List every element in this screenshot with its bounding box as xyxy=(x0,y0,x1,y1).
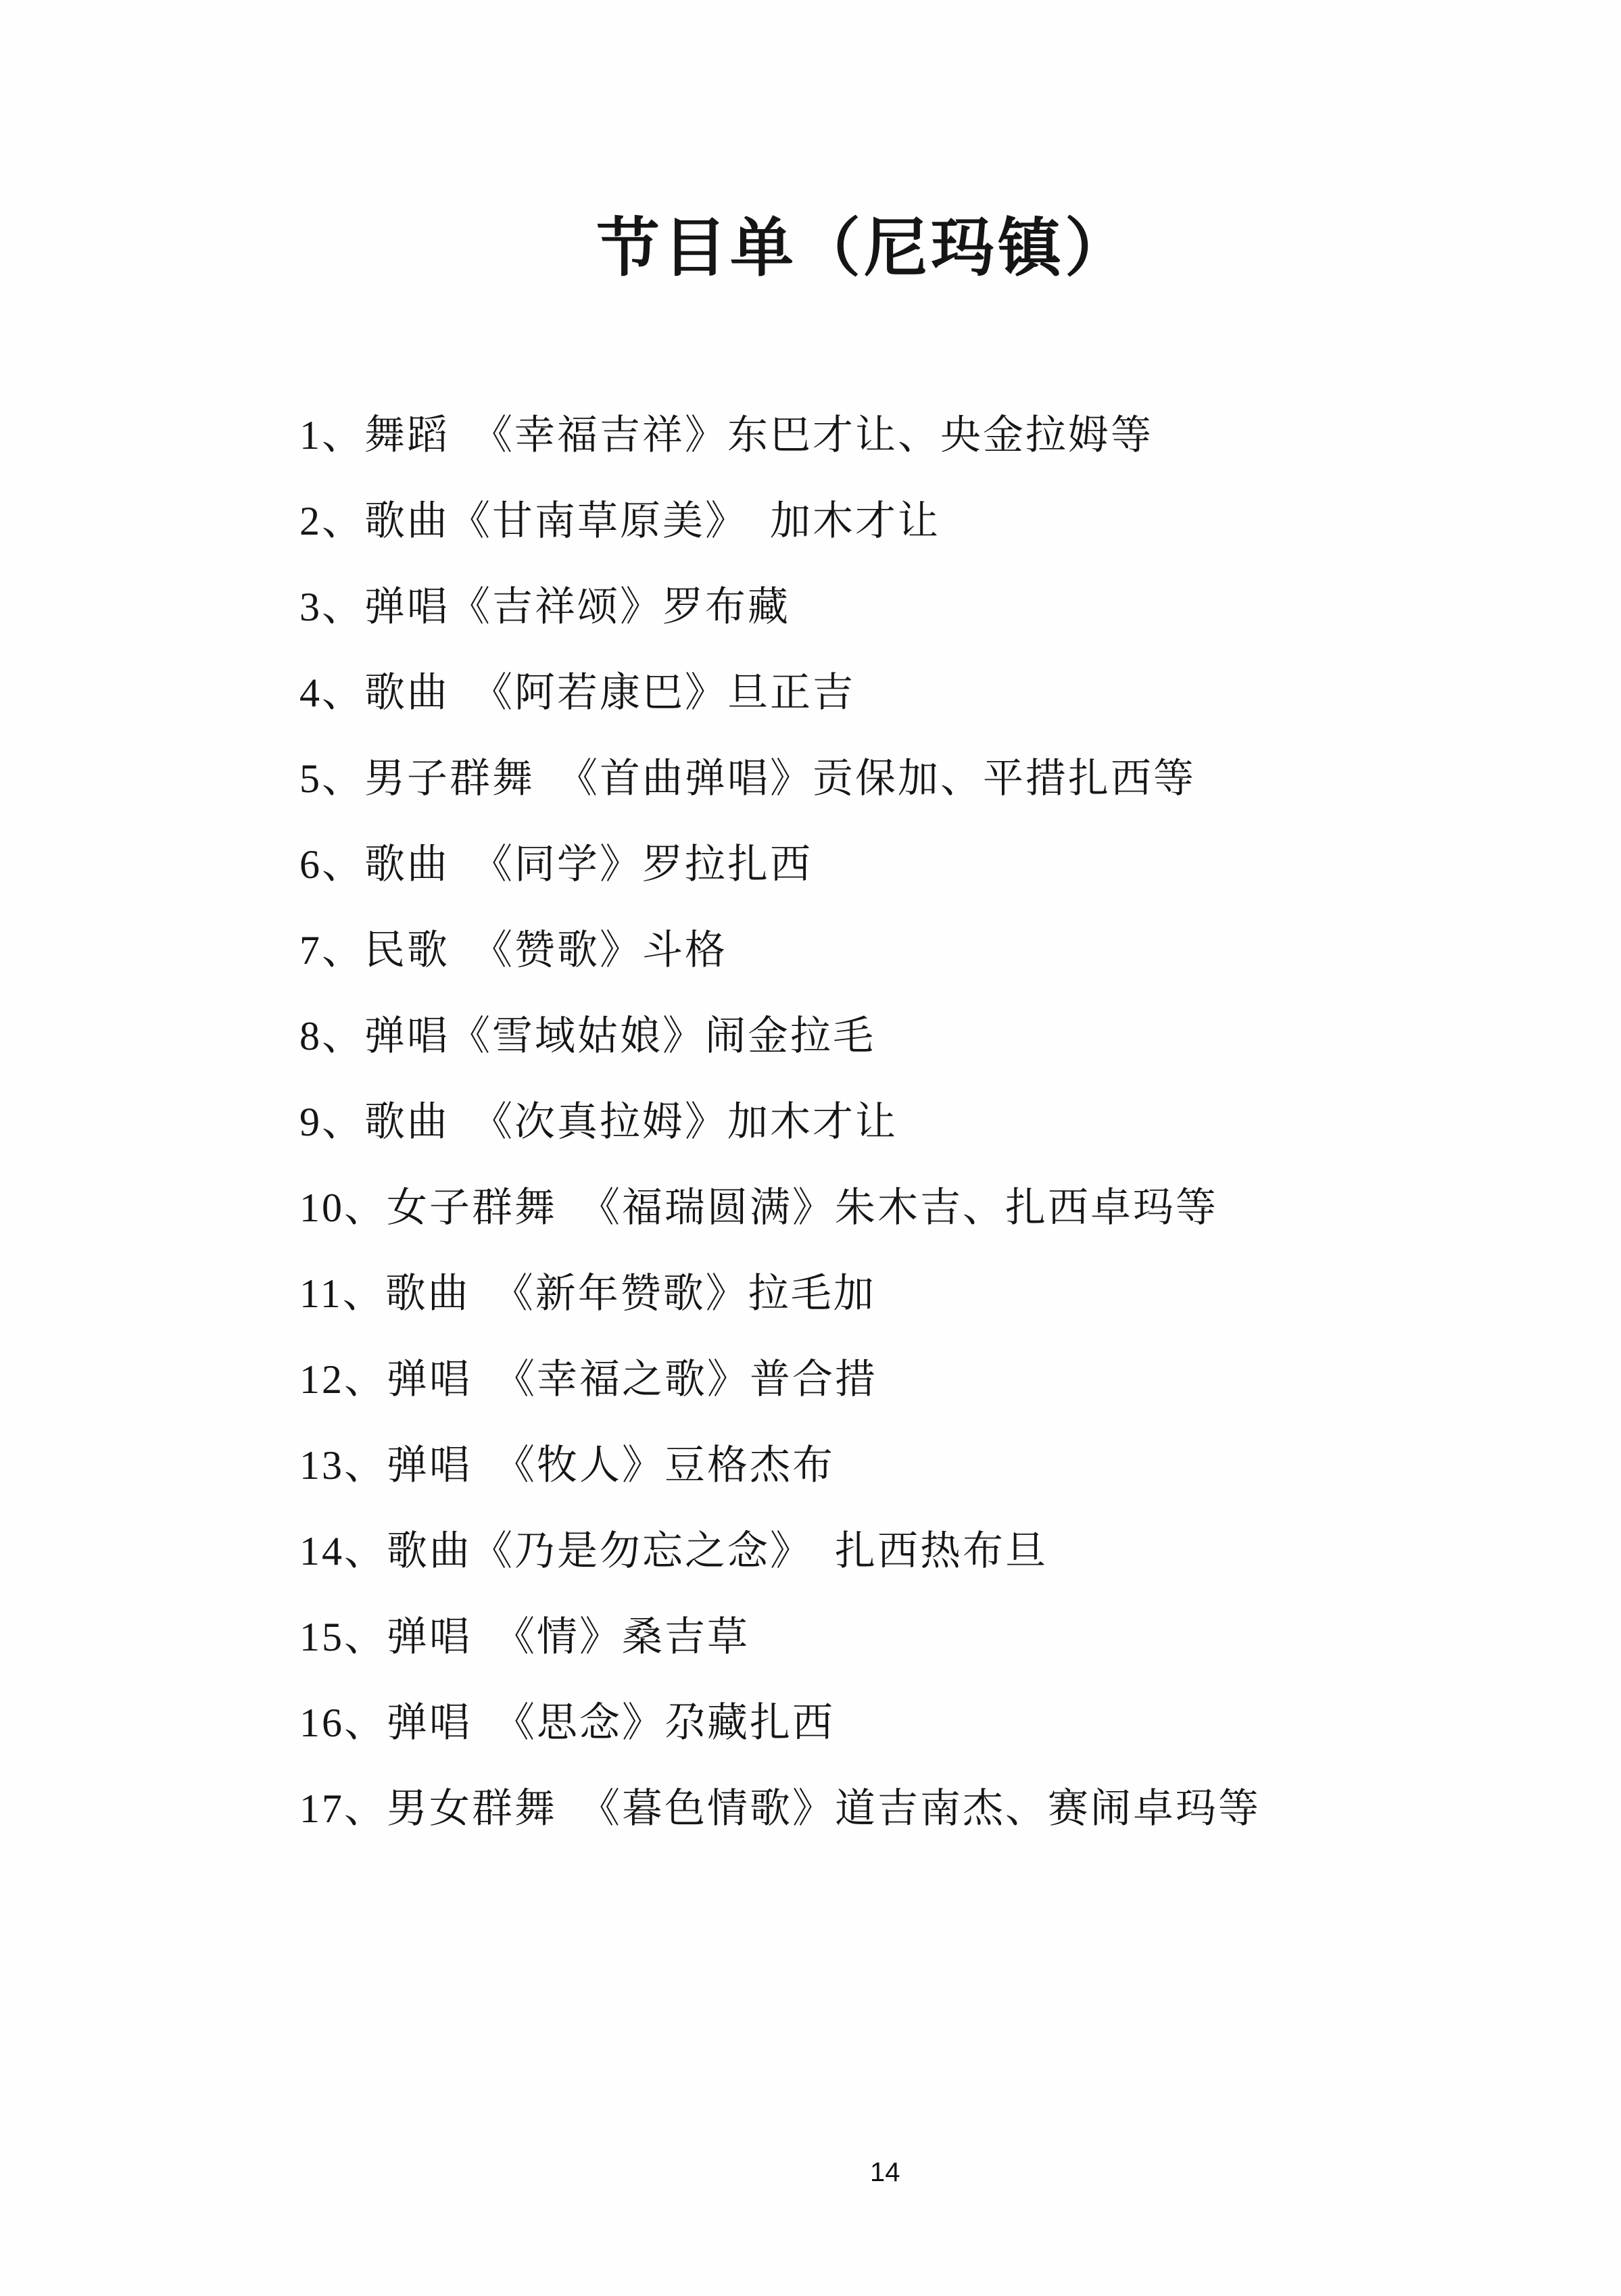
list-item: 14、歌曲《乃是勿忘之念》 扎西热布旦 xyxy=(299,1530,1553,1573)
list-item: 7、民歌 《赞歌》斗格 xyxy=(299,929,1553,972)
list-item: 6、歌曲 《同学》罗拉扎西 xyxy=(299,843,1553,886)
list-item: 9、歌曲 《次真拉姆》加木才让 xyxy=(299,1100,1553,1144)
list-item: 15、弹唱 《情》桑吉草 xyxy=(299,1615,1553,1659)
list-item: 13、弹唱 《牧人》豆格杰布 xyxy=(299,1444,1553,1487)
list-item: 17、男女群舞 《暮色情歌》道吉南杰、赛闹卓玛等 xyxy=(299,1787,1553,1830)
list-item: 8、弹唱《雪域姑娘》闹金拉毛 xyxy=(299,1015,1553,1058)
list-item: 16、弹唱 《思念》尕藏扎西 xyxy=(299,1701,1553,1744)
document-page: 节目单（尼玛镇） 1、舞蹈 《幸福吉祥》东巴才让、央金拉姆等2、歌曲《甘南草原美… xyxy=(0,0,1621,2296)
page-number: 14 xyxy=(870,2157,900,2187)
list-item: 4、歌曲 《阿若康巴》旦正吉 xyxy=(299,671,1553,714)
list-item: 10、女子群舞 《福瑞圆满》朱木吉、扎西卓玛等 xyxy=(299,1186,1553,1229)
list-item: 12、弹唱 《幸福之歌》普合措 xyxy=(299,1358,1553,1401)
list-item: 2、歌曲《甘南草原美》 加木才让 xyxy=(299,499,1553,543)
list-item: 1、舞蹈 《幸福吉祥》东巴才让、央金拉姆等 xyxy=(299,414,1553,457)
document-title: 节目单（尼玛镇） xyxy=(0,214,1621,284)
list-item: 3、弹唱《吉祥颂》罗布藏 xyxy=(299,585,1553,629)
list-item: 5、男子群舞 《首曲弹唱》贡保加、平措扎西等 xyxy=(299,757,1553,800)
program-list: 1、舞蹈 《幸福吉祥》东巴才让、央金拉姆等2、歌曲《甘南草原美》 加木才让3、弹… xyxy=(299,414,1553,1873)
list-item: 11、歌曲 《新年赞歌》拉毛加 xyxy=(299,1272,1553,1315)
